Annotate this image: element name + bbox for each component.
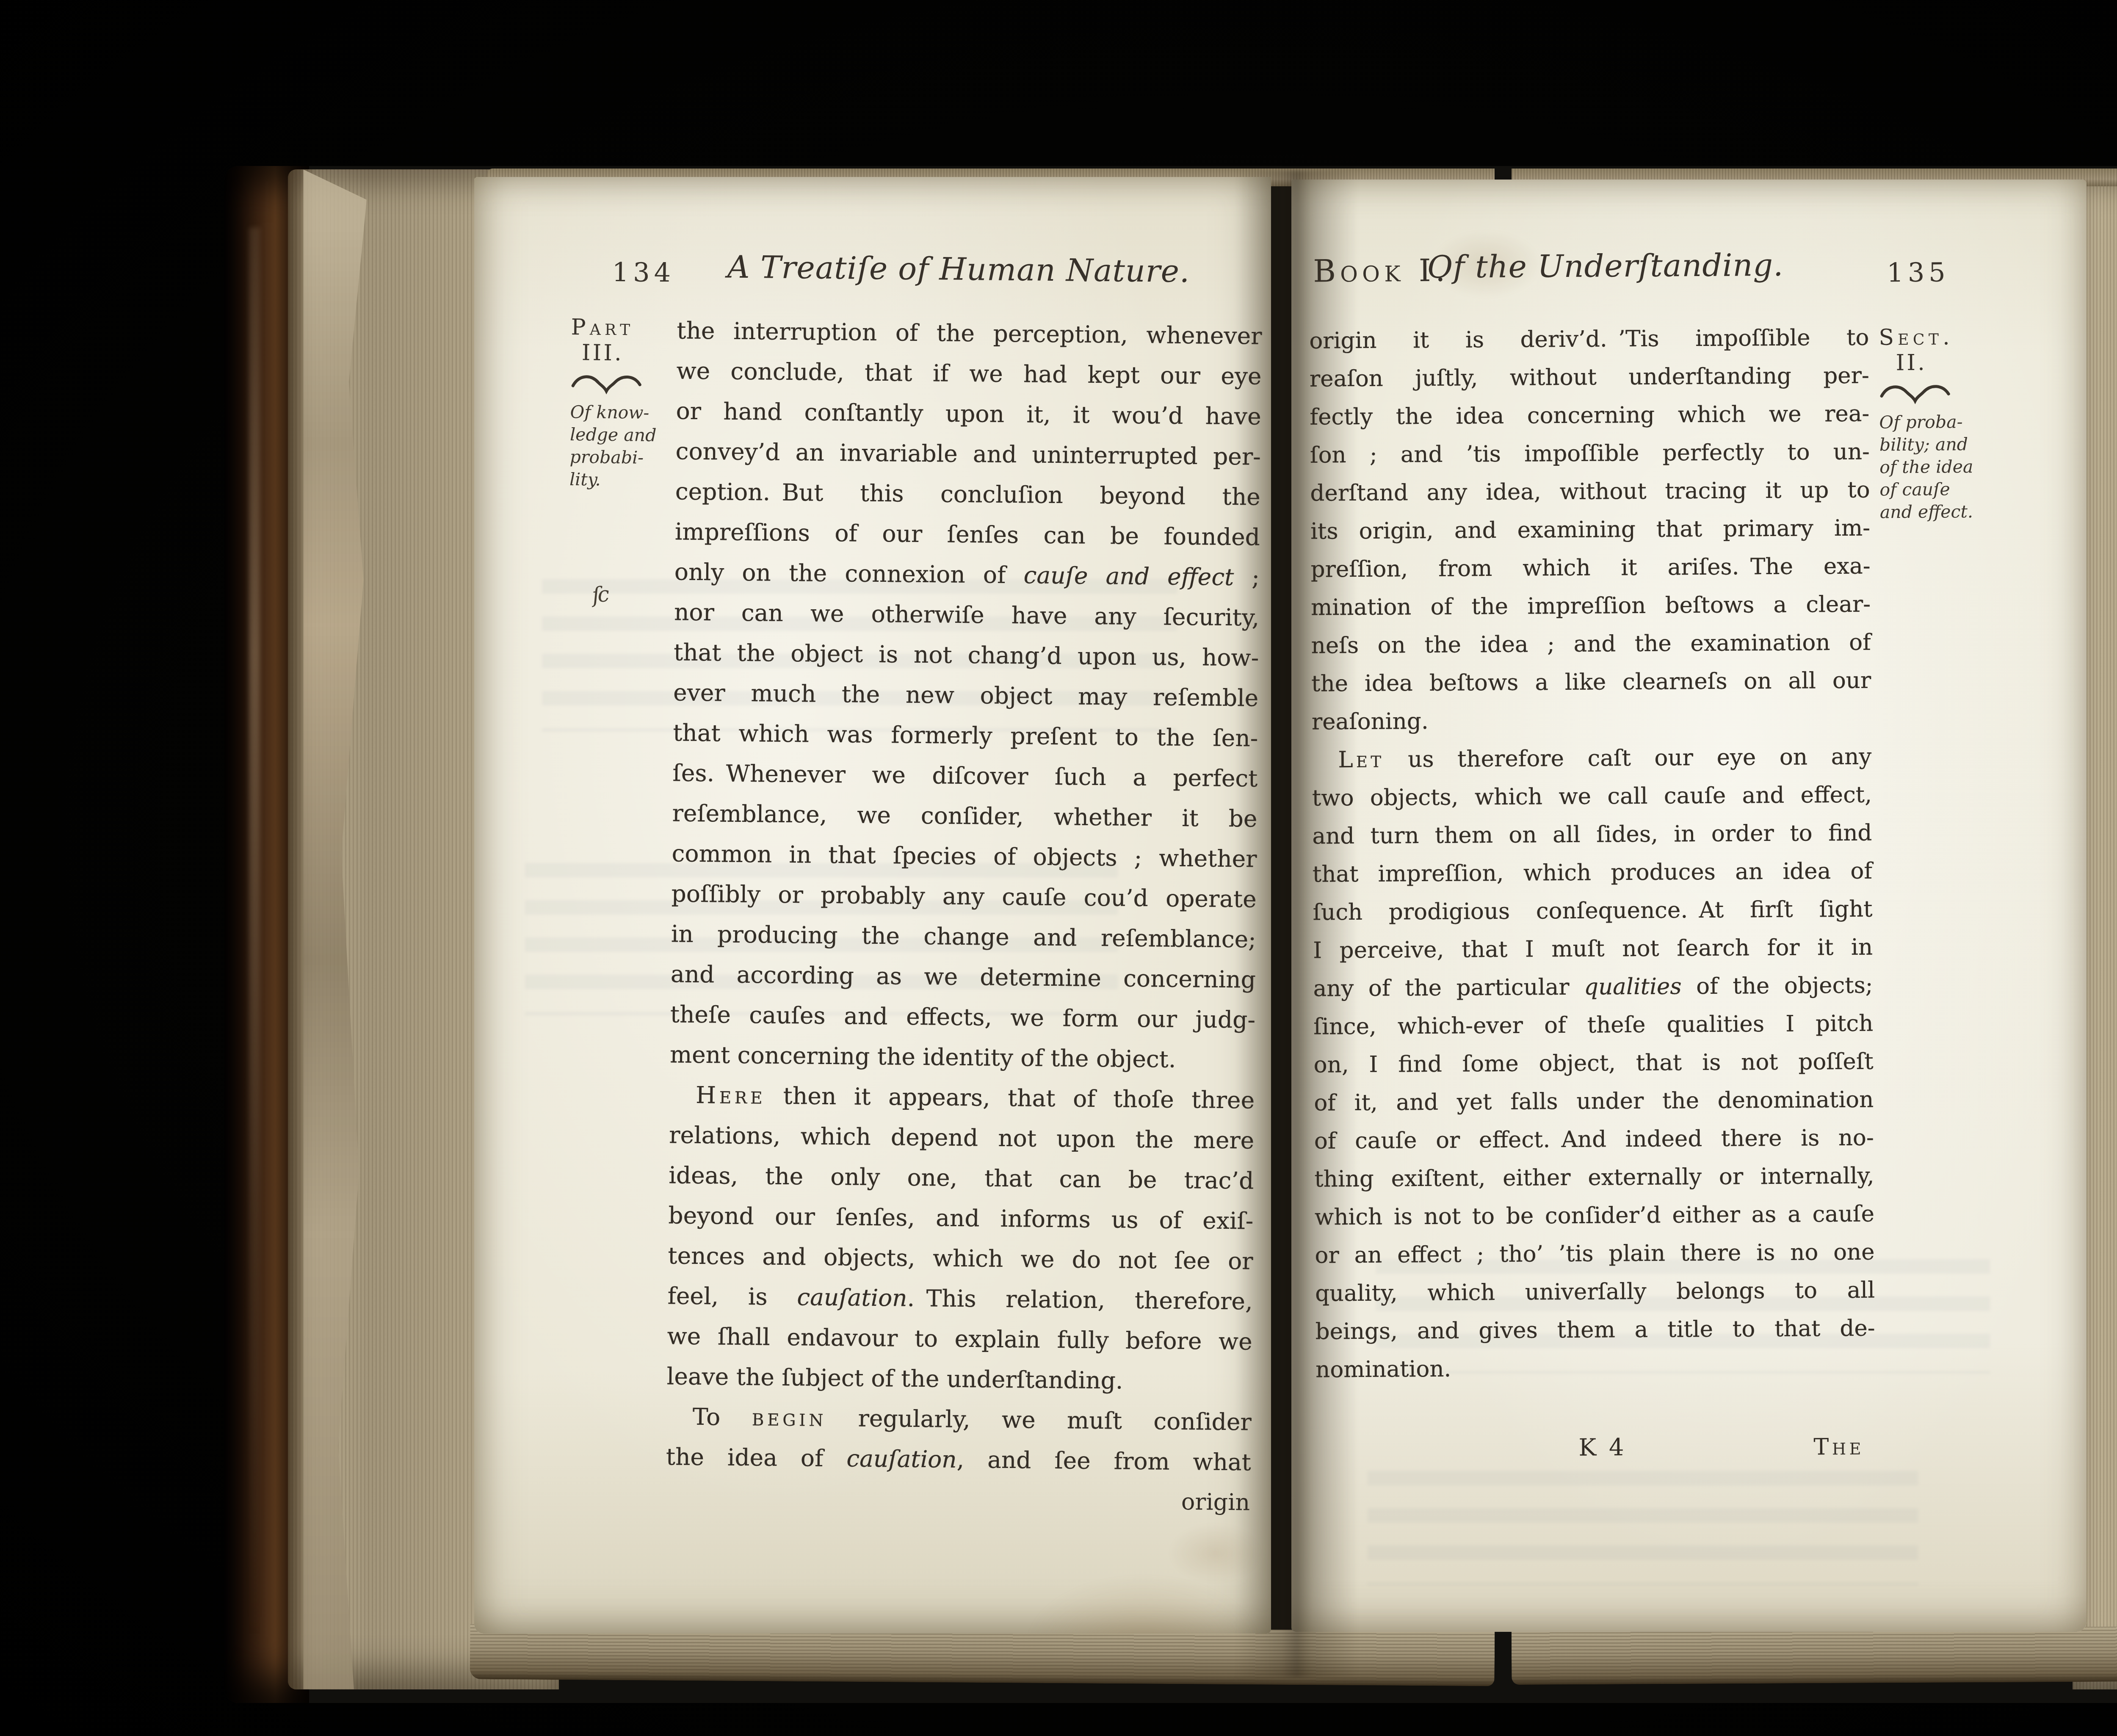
text-line: ever much the new object may reſemble	[673, 672, 1259, 718]
text-run: of the objects;	[1681, 973, 1873, 1000]
text-line: poſſibly or probably any cauſe cou’d ope…	[671, 874, 1257, 919]
right-page: Book I. Of the Underſtanding. 135 Sect. …	[1291, 180, 2087, 1632]
text-line: we conclude, that if we had kept our eye	[676, 351, 1262, 396]
text-run: ment concerning the identity of the obje…	[670, 1041, 1176, 1073]
text-run: tences and objects, which we do not ſee …	[668, 1242, 1253, 1274]
text-line: only on the connexion of cauſe and effec…	[674, 552, 1260, 597]
text-run: reſemblance, we conſider, whether it be	[672, 799, 1257, 832]
text-run: ideas, the only one, that can be trac’d	[669, 1161, 1254, 1194]
ink-annotation-mark: ſc	[591, 582, 608, 608]
text-line: two objects, which we call cauſe and eff…	[1312, 776, 1872, 818]
text-run: ſon ; and ’tis impoſſible perfectly to u…	[1310, 439, 1870, 468]
page-number: 134	[612, 257, 675, 288]
text-run: or hand conſtantly upon it, it wou’d hav…	[676, 397, 1261, 430]
worn-parchment-patch	[303, 169, 367, 1689]
text-run: we ſhall endavour to explain fully befor…	[667, 1322, 1252, 1355]
text-run: only on the connexion of	[674, 558, 1024, 589]
book-photograph: 134 A Treatiſe of Human Nature. Part III…	[0, 0, 2117, 1736]
text-line: I perceive, that I muſt not ſearch for i…	[1313, 929, 1873, 970]
text-line: tences and objects, which we do not ſee …	[668, 1236, 1253, 1281]
text-run: ever much the new object may reſemble	[673, 679, 1259, 711]
text-line: Let us therefore caſt our eye on any	[1312, 738, 1872, 780]
text-run: us therefore caſt our eye on any	[1384, 744, 1871, 773]
catchword: The	[1813, 1433, 1864, 1460]
text-run: ſuch prodigious conſequence. At firſt ſi…	[1313, 896, 1872, 926]
text-line: ſes. Whenever we diſcover ſuch a perfect	[672, 753, 1258, 799]
text-line: its origin, and examining that primary i…	[1310, 509, 1871, 551]
text-run: which is not to be conſider’d either as …	[1315, 1201, 1874, 1230]
margin-note-line: of cauſe	[1879, 478, 1990, 501]
text-line: that which was formerly preſent to the ſ…	[673, 713, 1258, 758]
text-run: nomination.	[1316, 1356, 1451, 1383]
part-label: Part	[571, 315, 677, 341]
text-line: any of the particular qualities of the o…	[1313, 967, 1873, 1008]
text-line: beyond our ſenſes, and informs us of exi…	[668, 1195, 1254, 1241]
text-line: relations, which depend not upon the mer…	[669, 1115, 1255, 1161]
text-line: beings, and gives them a title to that d…	[1315, 1310, 1875, 1351]
text-run: origin it is deriv’d. ’Tis impoſſible to	[1309, 325, 1869, 354]
text-line: which is not to be conſider’d either as …	[1315, 1195, 1875, 1237]
text-run: that which was formerly preſent to the ſ…	[673, 719, 1258, 752]
text-run: ſes. Whenever we diſcover ſuch a perfect	[672, 759, 1258, 792]
text-run: impreſſions of our ſenſes can be founded	[675, 518, 1260, 550]
text-run: Let	[1338, 747, 1385, 773]
italic-text-run: cauſation	[797, 1283, 907, 1311]
right-page-body-text: origin it is deriv’d. ’Tis impoſſible to…	[1309, 319, 1875, 1389]
text-line: or an effect ; tho’ ’tis plain there is …	[1315, 1233, 1875, 1275]
text-line: fectly the idea concerning which we rea-	[1310, 395, 1870, 437]
text-run: ;	[1234, 564, 1260, 591]
text-line: origin it is deriv’d. ’Tis impoſſible to	[1309, 319, 1869, 360]
text-line: nomination.	[1316, 1348, 1876, 1389]
text-line: reſemblance, we conſider, whether it be	[672, 793, 1257, 839]
italic-text-run: cauſation	[846, 1445, 957, 1473]
text-run: nor can we otherwiſe have any ſecurity,	[674, 598, 1260, 631]
margin-note-line: probabi-	[569, 446, 675, 469]
text-run: beings, and gives them a title to that d…	[1315, 1316, 1875, 1345]
text-line: feel, is cauſation. This relation, there…	[667, 1276, 1253, 1321]
text-line: of it, and yet falls under the denominat…	[1314, 1081, 1874, 1122]
margin-note: Of know-ledge andprobabi-lity.	[569, 401, 676, 492]
margin-note: Of proba-bility; andof the ideaof cauſea…	[1879, 411, 1990, 524]
text-line: leave the ſubject of the underſtanding.	[666, 1356, 1252, 1402]
italic-text-run: cauſe and effect	[1023, 561, 1234, 591]
sect-label: Sect.	[1879, 324, 1989, 351]
text-line: of cauſe or effect. And indeed there is …	[1314, 1119, 1874, 1161]
text-run: then it appears, that of thoſe three	[766, 1082, 1255, 1114]
text-line: mination of the impreſſion beſtows a cle…	[1311, 586, 1871, 627]
text-run: To	[693, 1403, 752, 1431]
text-line: neſs on the idea ; and the examination o…	[1311, 624, 1871, 665]
text-run: the idea beſtows a like clearneſs on all…	[1311, 668, 1871, 697]
bottom-page-stack-edge-right	[1512, 1625, 2117, 1685]
text-run: of cauſe or effect. And indeed there is …	[1314, 1125, 1874, 1154]
text-run: Here	[696, 1081, 766, 1109]
text-run: fectly the idea concerning which we rea-	[1310, 401, 1869, 430]
section-squiggle-icon	[570, 371, 643, 398]
text-line: thing exiſtent, either externally or int…	[1314, 1157, 1874, 1199]
text-line: convey’d an invariable and uninterrupted…	[675, 431, 1261, 477]
text-run: poſſibly or probably any cauſe cou’d ope…	[671, 880, 1257, 912]
text-line: that impreſſion, which produces an idea …	[1313, 852, 1873, 894]
text-line: and according as we determine concerning	[670, 954, 1256, 1000]
text-line: ſuch prodigious conſequence. At firſt ſi…	[1313, 890, 1873, 932]
text-line: and turn them on all ſides, in order to …	[1312, 814, 1872, 856]
part-numeral: III.	[571, 340, 677, 366]
text-run: reaſoning.	[1312, 708, 1429, 735]
text-run: in producing the change and reſemblance;	[671, 920, 1257, 953]
text-line: preſſion, from which it ariſes. The exa-	[1310, 547, 1871, 589]
text-run: neſs on the idea ; and the examination o…	[1311, 630, 1871, 659]
text-run: derſtand any idea, without tracing it up…	[1310, 477, 1870, 506]
right-margin-column: Sect. II. Of proba-bility; andof the ide…	[1879, 324, 1990, 524]
page-number: 135	[1887, 257, 1950, 288]
left-page-content: 134 A Treatiſe of Human Nature. Part III…	[474, 177, 1271, 1634]
text-line: in producing the change and reſemblance;	[671, 914, 1256, 959]
open-book: 134 A Treatiſe of Human Nature. Part III…	[224, 166, 2117, 1703]
text-run: and turn them on all ſides, in order to …	[1312, 820, 1872, 849]
text-line: reaſoning.	[1312, 700, 1872, 741]
margin-note-line: Of proba-	[1879, 411, 1989, 434]
text-run: convey’d an invariable and uninterrupted…	[675, 437, 1261, 470]
text-line: derſtand any idea, without tracing it up…	[1310, 471, 1870, 513]
text-run: we conclude, that if we had kept our eye	[676, 357, 1262, 390]
text-line: Here then it appears, that of thoſe thre…	[669, 1075, 1255, 1120]
text-run: the idea of	[666, 1443, 847, 1472]
text-line: reaſon juſtly, without underſtanding per…	[1310, 357, 1870, 398]
text-line: or hand conſtantly upon it, it wou’d hav…	[676, 391, 1261, 437]
text-line: To begin regularly, we muſt conſider	[666, 1396, 1252, 1442]
margin-note-line: bility; and	[1879, 433, 1990, 456]
text-line: ſince, which-ever of theſe qualities I p…	[1313, 1005, 1874, 1046]
text-run: its origin, and examining that primary i…	[1310, 515, 1870, 545]
text-run: leave the ſubject of the underſtanding.	[666, 1363, 1123, 1394]
text-line: the interruption of the perception, when…	[677, 310, 1262, 356]
text-run: common in that ſpecies of objects ; whet…	[672, 840, 1257, 872]
running-title: Of the Underſtanding.	[1427, 247, 1784, 285]
text-run: quality, which univerſally belongs to al…	[1315, 1277, 1875, 1307]
text-run: ception. But this concluſion beyond the	[675, 478, 1261, 510]
margin-note-line: lity.	[569, 468, 675, 492]
left-page: 134 A Treatiſe of Human Nature. Part III…	[474, 177, 1271, 1634]
catchword: origin	[1181, 1488, 1250, 1516]
text-run: ſince, which-ever of theſe qualities I p…	[1313, 1011, 1873, 1040]
text-line: theſe cauſes and effects, we form our ju…	[670, 994, 1256, 1040]
text-run: , and ſee from what	[956, 1446, 1251, 1476]
text-line: we ſhall endavour to explain fully befor…	[667, 1316, 1252, 1362]
section-squiggle-icon	[1879, 381, 1951, 407]
text-run: begin	[752, 1404, 827, 1432]
text-run: the interruption of the perception, when…	[677, 317, 1262, 349]
text-line: nor can we otherwiſe have any ſecurity,	[674, 592, 1260, 638]
text-run: any of the particular	[1313, 974, 1584, 1002]
text-run: relations, which depend not upon the mer…	[669, 1121, 1255, 1154]
text-run: and according as we determine concerning	[671, 960, 1256, 993]
margin-note-line: and effect.	[1880, 500, 1990, 524]
running-title: A Treatiſe of Human Nature.	[727, 249, 1190, 290]
text-line: common in that ſpecies of objects ; whet…	[672, 833, 1257, 879]
text-run: that impreſſion, which produces an idea …	[1313, 858, 1872, 887]
text-run: reaſon juſtly, without underſtanding per…	[1310, 363, 1869, 392]
margin-note-line: ledge and	[570, 423, 676, 447]
sect-numeral: II.	[1879, 350, 1989, 376]
text-run: I perceive, that I muſt not ſearch for i…	[1313, 934, 1873, 964]
text-line: ment concerning the identity of the obje…	[670, 1034, 1255, 1080]
text-line: ideas, the only one, that can be trac’d	[669, 1155, 1254, 1201]
text-run: two objects, which we call cauſe and eff…	[1312, 782, 1872, 811]
text-run: on, I find ſome object, that is not poſſ…	[1314, 1049, 1874, 1078]
text-run: thing exiſtent, either externally or int…	[1314, 1163, 1874, 1192]
text-run: theſe cauſes and effects, we form our ju…	[670, 1001, 1256, 1033]
left-page-body-text: the interruption of the perception, when…	[666, 310, 1262, 1482]
italic-text-run: qualities	[1584, 973, 1682, 1000]
text-run: of it, and yet falls under the denominat…	[1314, 1087, 1874, 1116]
text-run: . This relation, therefore,	[907, 1285, 1252, 1315]
text-line: quality, which univerſally belongs to al…	[1315, 1272, 1875, 1313]
text-line: that the object is not chang’d upon us, …	[674, 632, 1259, 678]
text-line: impreſſions of our ſenſes can be founded	[674, 511, 1260, 557]
text-run: regularly, we muſt conſider	[826, 1404, 1252, 1436]
text-line: ſon ; and ’tis impoſſible perfectly to u…	[1310, 433, 1870, 475]
gathering-signature: K 4	[1578, 1434, 1627, 1462]
text-run: mination of the impreſſion beſtows a cle…	[1311, 592, 1871, 621]
margin-note-line: Of know-	[570, 401, 676, 424]
text-line: the idea of cauſation, and ſee from what	[666, 1437, 1252, 1482]
text-run: that the object is not chang’d upon us, …	[674, 639, 1259, 671]
left-margin-column: Part III. Of know-ledge andprobabi-lity.	[569, 315, 677, 492]
text-run: feel, is	[667, 1282, 797, 1310]
margin-note-line: of the idea	[1879, 456, 1990, 479]
text-run: beyond our ſenſes, and informs us of exi…	[668, 1202, 1254, 1234]
text-run: or an effect ; tho’ ’tis plain there is …	[1315, 1239, 1874, 1269]
text-line: ception. But this concluſion beyond the	[675, 471, 1260, 517]
text-line: the idea beſtows a like clearneſs on all…	[1311, 662, 1871, 703]
text-line: on, I find ſome object, that is not poſſ…	[1313, 1043, 1874, 1084]
text-run: preſſion, from which it ariſes. The exa-	[1310, 553, 1870, 583]
right-page-content: Book I. Of the Underſtanding. 135 Sect. …	[1291, 180, 2087, 1632]
